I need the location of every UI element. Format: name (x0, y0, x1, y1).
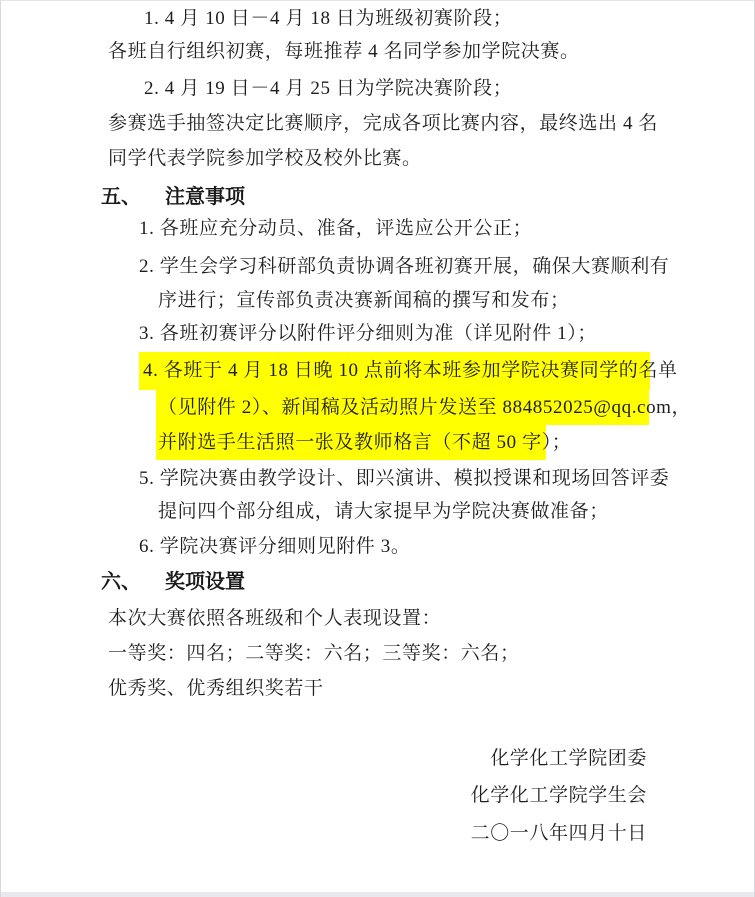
signature-date: 二〇一八年四月十日 (471, 821, 647, 847)
notes-item-1: 1. 各班应充分动员、准备，评选应公开公正； (139, 216, 532, 242)
signature-org-2: 化学化工学院学生会 (471, 783, 647, 809)
awards-section-header: 六、奖项设置 (101, 569, 245, 595)
schedule-item-2-note-line-2: 同学代表学院参加学校及校外比赛。 (108, 146, 422, 172)
awards-section-marker: 六、 (101, 571, 141, 593)
awards-extra-prizes: 优秀奖、优秀组织奖若干 (108, 676, 324, 702)
schedule-item-1-note: 各班自行组织初赛，每班推荐 4 名同学参加学院决赛。 (108, 39, 580, 65)
notes-item-5-line-1: 5. 学院决赛由教学设计、即兴演讲、模拟授课和现场回答评委 (139, 466, 669, 492)
page-bottom-edge (1, 892, 754, 897)
signature-org-1: 化学化工学院团委 (490, 746, 647, 772)
notes-item-6: 6. 学院决赛评分细则见附件 3。 (139, 534, 410, 560)
notes-item-4-line-2-highlighted: （见附件 2）、新闻稿及活动照片发送至 884852025@qq.com， (156, 390, 649, 425)
notes-item-5-line-2: 提问四个部分组成，请大家提早为学院决赛做准备； (158, 499, 609, 525)
notes-item-4-line-3-highlighted: 并附选手生活照一张及教师格言（不超 50 字）； (156, 425, 546, 460)
notes-item-3: 3. 各班初赛评分以附件评分细则为准（详见附件 1）； (139, 321, 597, 347)
schedule-item-1: 1. 4 月 10 日－4 月 18 日为班级初赛阶段； (144, 6, 512, 32)
notes-section-marker: 五、 (101, 186, 141, 208)
document-page: 1. 4 月 10 日－4 月 18 日为班级初赛阶段； 各班自行组织初赛，每班… (0, 0, 755, 897)
notes-item-4-line-1-highlighted: 4. 各班于 4 月 18 日晚 10 点前将本班参加学院决赛同学的名单 (139, 352, 650, 390)
awards-prizes: 一等奖：四名；二等奖：六名；三等奖：六名； (108, 641, 520, 667)
schedule-item-2-note-line-1: 参赛选手抽签决定比赛顺序，完成各项比赛内容，最终选出 4 名 (108, 111, 658, 137)
notes-item-2-line-1: 2. 学生会学习科研部负责协调各班初赛开展，确保大赛顺利有 (139, 254, 669, 280)
awards-intro: 本次大赛依照各班级和个人表现设置： (108, 606, 441, 632)
notes-section-title: 注意事项 (165, 186, 245, 208)
awards-section-title: 奖项设置 (165, 571, 245, 593)
notes-section-header: 五、注意事项 (101, 184, 245, 210)
notes-item-2-line-2: 序进行；宣传部负责决赛新闻稿的撰写和发布； (158, 288, 570, 314)
schedule-item-2: 2. 4 月 19 日－4 月 25 日为学院决赛阶段； (144, 76, 512, 102)
